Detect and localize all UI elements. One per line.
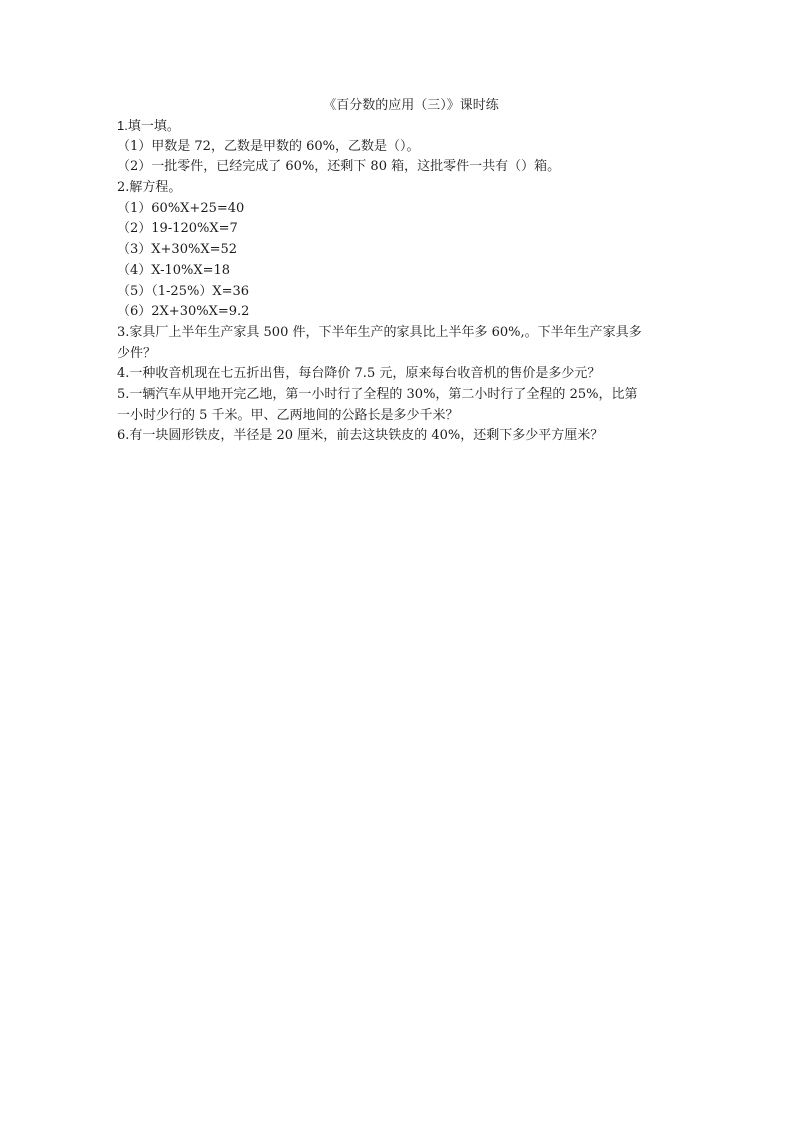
equation-item: （5）（1-25%）X=36	[117, 282, 687, 303]
section-equations: 2.解方程。 （1）60%X+25=40 （2）19-120%X=7 （3）X+…	[117, 178, 687, 323]
question-3: 3.家具厂上半年生产家具 500 件，下半年生产的家具比上半年多 60%,。下半…	[117, 323, 687, 364]
page-title: 《百分数的应用（三）》课时练	[117, 95, 687, 116]
question-5: 5.一辆汽车从甲地开完乙地，第一小时行了全程的 30%，第二小时行了全程的 25…	[117, 385, 687, 426]
question-4: 4.一种收音机现在七五折出售，每台降价 7.5 元，原来每台收音机的售价是多少元…	[117, 364, 687, 385]
document-page: 《百分数的应用（三）》课时练 1.填一填。 （1）甲数是 72，乙数是甲数的 6…	[117, 95, 687, 447]
question-text: 少件？	[117, 344, 687, 365]
equation-item: （2）19-120%X=7	[117, 219, 687, 240]
section-fill-in: 1.填一填。 （1）甲数是 72，乙数是甲数的 60%，乙数是（）。 （2）一批…	[117, 116, 687, 178]
equation-item: （3）X+30%X=52	[117, 240, 687, 261]
equation-item: （4）X-10%X=18	[117, 261, 687, 282]
question-text: 一小时少行的 5 千米。甲、乙两地间的公路长是多少千米？	[117, 406, 687, 427]
question-6: 6.有一块圆形铁皮，半径是 20 厘米，前去这块铁皮的 40%，还剩下多少平方厘…	[117, 426, 687, 447]
question-item: （2）一批零件，已经完成了 60%，还剩下 80 箱，这批零件一共有（）箱。	[117, 157, 687, 178]
equation-item: （1）60%X+25=40	[117, 199, 687, 220]
question-item: （1）甲数是 72，乙数是甲数的 60%，乙数是（）。	[117, 137, 687, 158]
equation-item: （6）2X+30%X=9.2	[117, 302, 687, 323]
question-text: 5.一辆汽车从甲地开完乙地，第一小时行了全程的 30%，第二小时行了全程的 25…	[117, 385, 687, 406]
question-text: 3.家具厂上半年生产家具 500 件，下半年生产的家具比上半年多 60%,。下半…	[117, 323, 687, 344]
section-heading: 1.填一填。	[117, 116, 687, 137]
section-heading: 2.解方程。	[117, 178, 687, 199]
